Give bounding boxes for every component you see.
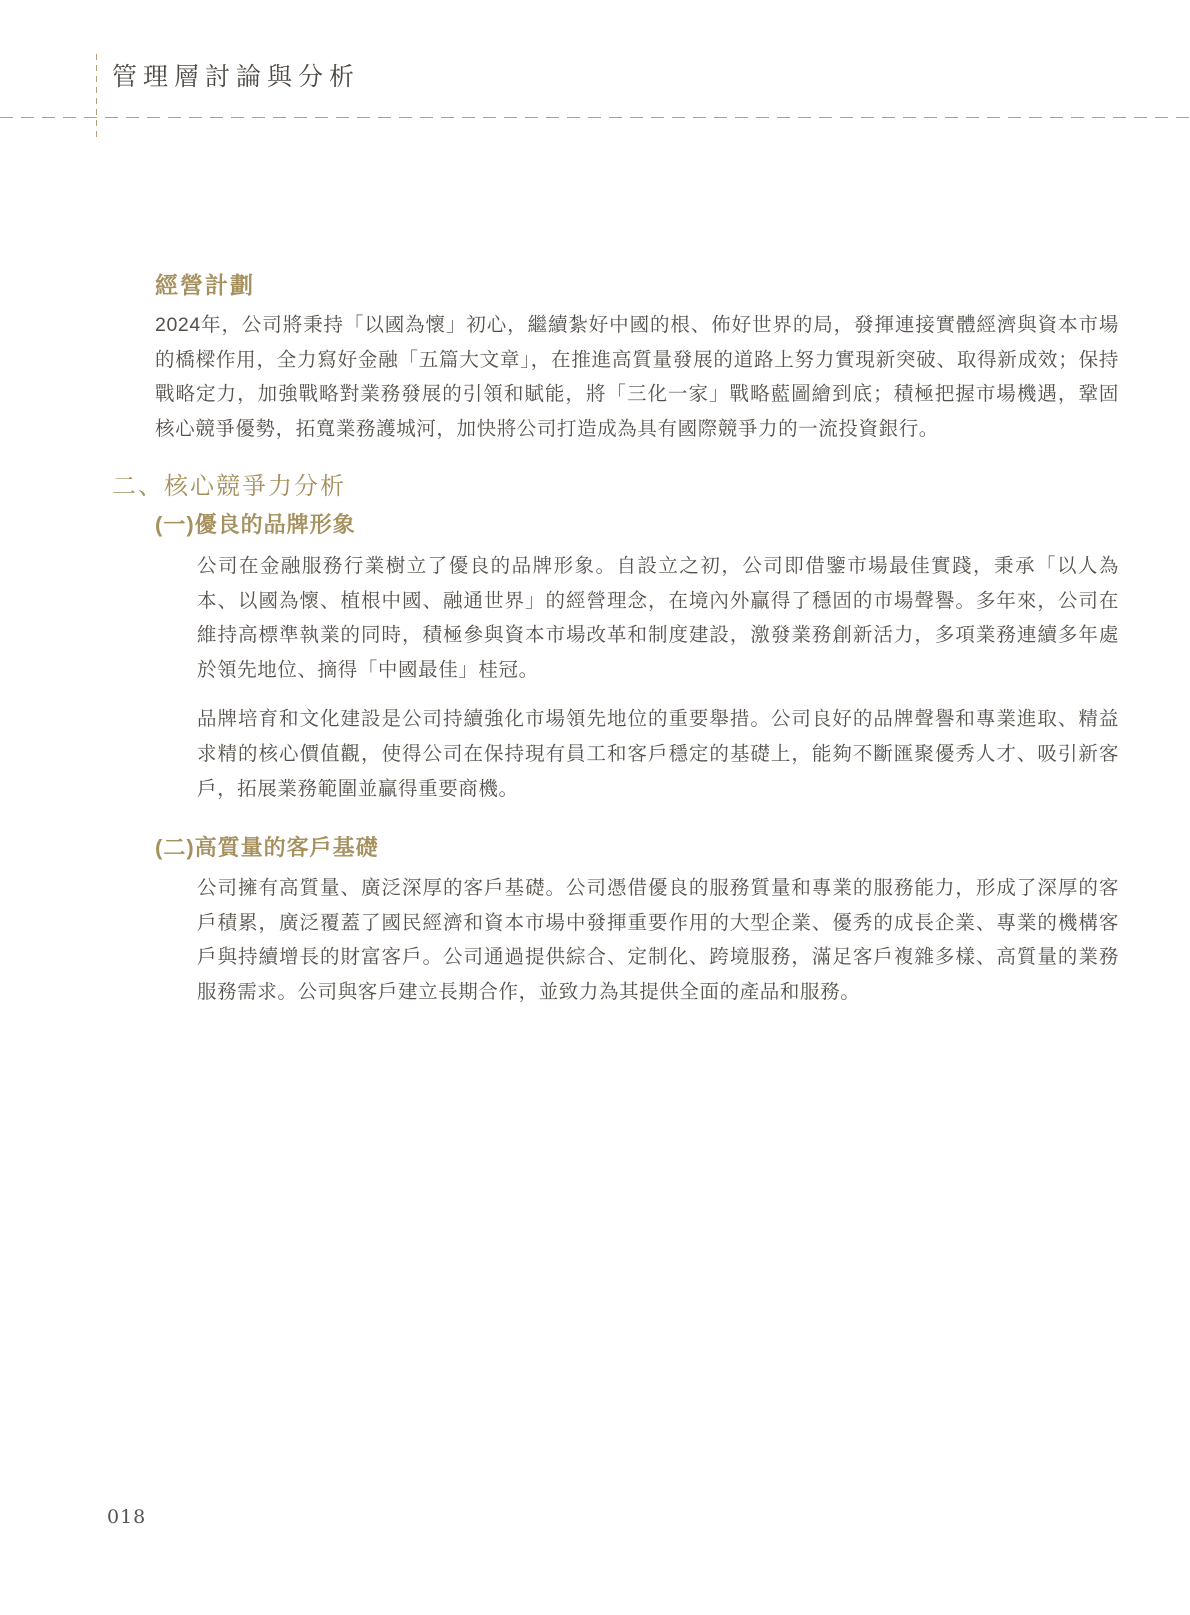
business-plan-paragraph: 2024年，公司將秉持「以國為懷」初心，繼續紮好中國的根、佈好世界的局，發揮連接… — [155, 308, 1119, 446]
brand-image-paragraph-1: 公司在金融服務行業樹立了優良的品牌形象。自設立之初，公司即借鑒市場最佳實踐，秉承… — [197, 549, 1119, 687]
page-header-title: 管理層討論與分析 — [112, 57, 360, 93]
page-number: 018 — [107, 1506, 146, 1528]
horizontal-dashed-rule — [0, 117, 1190, 118]
subsection-brand-image-body: 公司在金融服務行業樹立了優良的品牌形象。自設立之初，公司即借鑒市場最佳實踐，秉承… — [197, 549, 1119, 821]
vertical-dashed-rule — [96, 54, 97, 138]
business-plan-heading: 經營計劃 — [155, 267, 255, 300]
core-competitiveness-heading: 二、核心競爭力分析 — [112, 466, 346, 501]
subsection-brand-image-heading: (一)優良的品牌形象 — [155, 508, 356, 539]
subsection-client-base-body: 公司擁有高質量、廣泛深厚的客戶基礎。公司憑借優良的服務質量和專業的服務能力，形成… — [197, 871, 1119, 1024]
subsection-client-base-heading: (二)高質量的客戶基礎 — [155, 831, 379, 862]
client-base-paragraph-1: 公司擁有高質量、廣泛深厚的客戶基礎。公司憑借優良的服務質量和專業的服務能力，形成… — [197, 871, 1119, 1009]
brand-image-paragraph-2: 品牌培育和文化建設是公司持續強化市場領先地位的重要舉措。公司良好的品牌聲譽和專業… — [197, 702, 1119, 806]
document-page: 管理層討論與分析 經營計劃 2024年，公司將秉持「以國為懷」初心，繼續紮好中國… — [0, 0, 1190, 1615]
